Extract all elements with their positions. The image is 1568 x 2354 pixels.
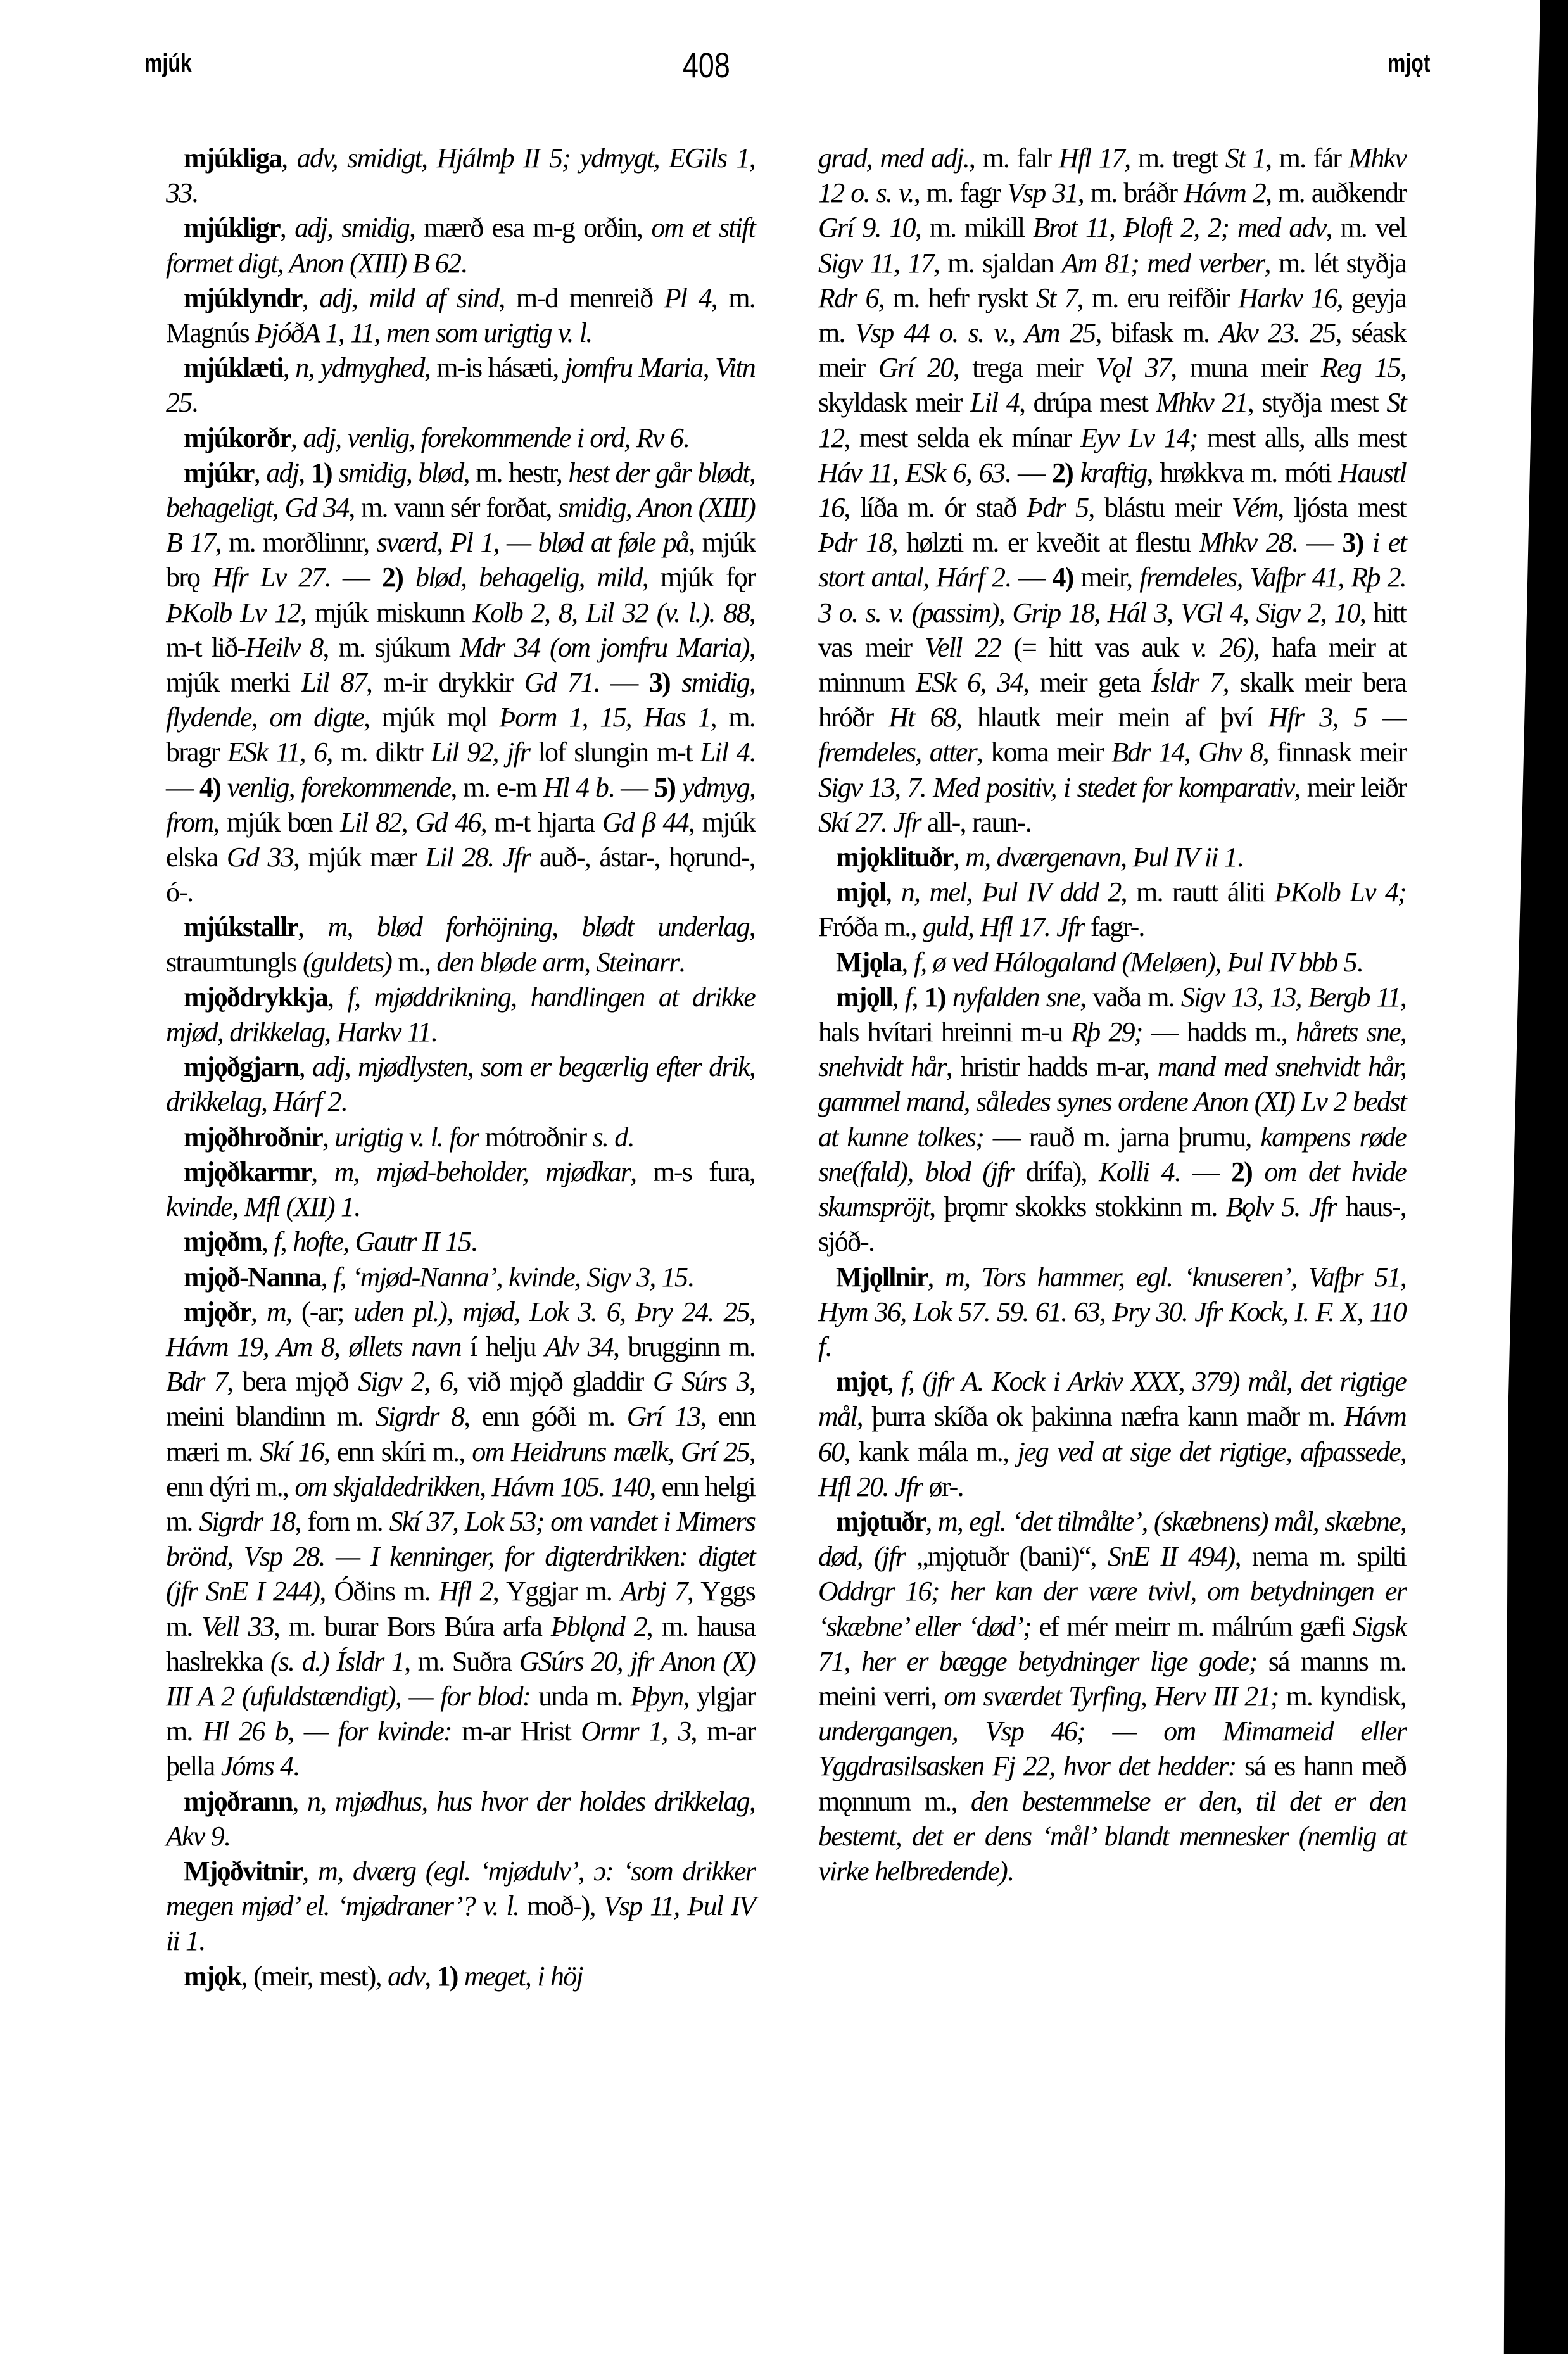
- gloss-text: nyfalden sne: [945, 982, 1080, 1013]
- gloss-text: Vǫl 37: [1096, 352, 1171, 383]
- gloss-text: St 7: [1036, 282, 1077, 313]
- gloss-text: om sværdet Tyrfing, Herv III 21;: [944, 1681, 1278, 1712]
- dictionary-entry: mjúkorðr, adj, venlig, forekommende i or…: [166, 421, 755, 455]
- citation-text: , finnask meir: [1263, 737, 1406, 768]
- gloss-text: n, mel, Þul IV ddd 2: [901, 876, 1121, 908]
- citation-text: .: [678, 947, 684, 978]
- gloss-text: m, mjød-beholder, mjødkar: [334, 1156, 630, 1187]
- citation-text: , kank mála m.,: [844, 1436, 1017, 1467]
- gloss-text: Gd 71: [524, 667, 593, 698]
- citation-text: m.,: [391, 947, 436, 978]
- gloss-text: St 1: [1225, 142, 1265, 174]
- citation-text: , m. tregt: [1124, 142, 1225, 174]
- dictionary-entry: mjǫðdrykkja, f, mjøddrikning, handlingen…: [166, 980, 755, 1049]
- citation-text: , vaða m.: [1080, 982, 1181, 1013]
- gloss-text: ESk 11, 6: [227, 737, 326, 768]
- citation-text: , meir geta: [1023, 667, 1151, 698]
- dictionary-entry: Mjǫla, f, ø ved Hálogaland (Meløen), Þul…: [818, 945, 1406, 980]
- column-right: grad, med adj., m. falr Hfl 17, m. tregt…: [818, 141, 1406, 1889]
- gloss-text: ÞKolb Lv 4;: [1275, 876, 1406, 908]
- headword: Mjǫla: [836, 947, 901, 978]
- dictionary-entry: mjúkr, adj, 1) smidig, blød, m. hestr, h…: [166, 455, 755, 910]
- citation-text: , mjúk bœn: [213, 807, 340, 838]
- citation-text: . —: [324, 562, 382, 593]
- citation-text: m-ar Hrist: [452, 1716, 581, 1747]
- citation-text: , nema m. spilti: [1235, 1541, 1406, 1572]
- headword: mjǫk: [184, 1961, 241, 1992]
- headword: Mjǫðvitnir: [184, 1856, 302, 1887]
- gloss-text: Harkv 16: [1238, 282, 1336, 313]
- citation-text: .: [1356, 947, 1362, 978]
- citation-text: ,: [251, 1296, 267, 1327]
- gloss-text: v. 26): [1191, 632, 1253, 663]
- citation-text: .: [198, 1925, 204, 1956]
- dictionary-entry: Mjǫðvitnir, m, dværg (egl. ‘mjødulv’, ɔ:…: [166, 1854, 755, 1959]
- page-number: 408: [683, 44, 730, 85]
- gloss-text: Hl 4 b: [543, 772, 608, 803]
- sense-number: 2): [382, 562, 403, 593]
- gloss-text: Ísldr 7: [1151, 667, 1222, 698]
- headword: mjǫl: [836, 876, 885, 908]
- headword: mjǫðgjarn: [184, 1051, 299, 1082]
- gloss-text: Skí 27. Jfr: [818, 807, 921, 838]
- gloss-text: guld, Hfl 17. Jfr: [923, 911, 1084, 942]
- gloss-text: Sigrdr 18: [199, 1506, 294, 1537]
- gloss-text: venlig, forekommende: [220, 772, 450, 803]
- citation-text: ,: [311, 1156, 334, 1187]
- citation-text: „mjǫtuðr (bani)“,: [905, 1541, 1108, 1572]
- citation-text: .: [224, 1821, 229, 1852]
- gloss-text: Rdr 6: [818, 282, 878, 313]
- dictionary-entry: mjǫt, f, (jfr A. Kock i Arkiv XXX, 379) …: [818, 1364, 1406, 1504]
- dictionary-entry: mjǫtuðr, m, egl. ‘det tilmålte’, (skæbne…: [818, 1504, 1406, 1889]
- dictionary-entry: mjǫðr, m, (-ar; uden pl.), mjød, Lok 3. …: [166, 1294, 755, 1784]
- gloss-text: Gd β 44: [602, 807, 688, 838]
- gloss-text: kvinde, Mfl (XII) 1: [166, 1191, 353, 1222]
- citation-text: , m. auðkendr: [1265, 177, 1406, 208]
- dictionary-entry: mjǫðgjarn, adj, mjødlysten, som er begær…: [166, 1049, 755, 1119]
- citation-text: , mjúk miskunn: [300, 597, 473, 628]
- citation-text: — rauð m. jarna þrumu,: [983, 1122, 1260, 1153]
- gloss-text: Lil 87: [301, 667, 366, 698]
- citation-text: .: [628, 1122, 633, 1153]
- headword: mjǫt: [836, 1366, 887, 1397]
- headword: mjǫðdrykkja: [184, 982, 327, 1013]
- citation-text: .: [460, 248, 466, 279]
- sense-number: 4): [199, 772, 220, 803]
- gloss-text: meget, i höj: [458, 1961, 583, 1992]
- gloss-text: Grí 9. 10: [818, 212, 915, 243]
- citation-text: í helju: [461, 1331, 545, 1362]
- citation-text: . —: [608, 772, 654, 803]
- dictionary-entry: mjúkligr, adj, smidig, mærð esa m-g orði…: [166, 210, 755, 280]
- sense-number: 3): [649, 667, 670, 698]
- gloss-text: SnE II 494): [1108, 1541, 1235, 1572]
- citation-text: , muna meir: [1170, 352, 1321, 383]
- gloss-text: Mhkv 21: [1156, 387, 1247, 418]
- citation-text: , mjúk mǫl: [364, 702, 499, 733]
- citation-text: , (meir, mest),: [241, 1961, 388, 1992]
- gloss-text: m, dværgenavn, Þul IV ii 1: [965, 842, 1237, 873]
- gloss-text: adj, mild af sind: [319, 282, 498, 313]
- gloss-text: Grí 13: [627, 1401, 700, 1432]
- gloss-text: Pl 4: [664, 282, 711, 313]
- citation-text: , forn m.: [295, 1506, 389, 1537]
- citation-text: , m. sjúkum: [322, 632, 460, 663]
- gloss-text: Vsp 44 o. s. v., Am 25: [855, 317, 1096, 348]
- gloss-text: Grí 20: [878, 352, 953, 383]
- gloss-text: Hfl 2: [439, 1576, 493, 1607]
- citation-text: , brugginn m.: [613, 1331, 755, 1362]
- citation-text: .: [353, 1191, 359, 1222]
- gloss-text: Alv 34: [545, 1331, 613, 1362]
- gloss-text: Ht 68: [888, 702, 956, 733]
- citation-text: ,: [321, 1262, 333, 1293]
- gloss-text: blød, behagelig, mild: [403, 562, 642, 593]
- citation-text: , styðja mest: [1248, 387, 1387, 418]
- headword: mjúkliga: [184, 142, 281, 174]
- gloss-text: G Súrs 3: [653, 1366, 749, 1397]
- gloss-text: f, ‘mjød-Nanna’, kvinde, Sigv 3, 15: [333, 1262, 687, 1293]
- citation-text: , m. bráðr: [1078, 177, 1184, 208]
- gloss-text: om Heidruns mælk, Grí 25: [472, 1436, 749, 1467]
- last-guide-word: mjǫt: [1387, 49, 1430, 78]
- citation-text: (= hitt vas auk: [1001, 632, 1192, 663]
- gloss-text: Rþ 29;: [1071, 1016, 1142, 1047]
- citation-text: ,: [291, 422, 303, 453]
- gloss-text: Ormr 1, 3: [581, 1716, 690, 1747]
- citation-text: , enn góði m.: [464, 1401, 627, 1432]
- citation-text: , hristir hadds m-ar,: [946, 1051, 1158, 1082]
- citation-text: ,: [892, 982, 905, 1013]
- citation-text: , bifask m.: [1095, 317, 1219, 348]
- citation-text: .: [825, 1331, 830, 1362]
- gloss-text: n, ydmyghed: [295, 352, 424, 383]
- citation-text: , m. mikill: [915, 212, 1033, 243]
- citation-text: drífa),: [1013, 1156, 1099, 1187]
- gloss-text: Hfl 17: [1059, 142, 1125, 174]
- headword: mjúkligr: [184, 212, 280, 243]
- citation-text: lof slungin m-t: [529, 737, 700, 768]
- citation-text: ,: [322, 1122, 334, 1153]
- citation-text: moð-),: [519, 1890, 604, 1921]
- gloss-text: Lil 82, Gd 46: [340, 807, 481, 838]
- citation-text: .: [1237, 842, 1242, 873]
- citation-text: , m. fagr: [914, 177, 1007, 208]
- citation-text: ,: [953, 842, 965, 873]
- gloss-text: Lil 4: [700, 737, 749, 768]
- gloss-text: (s. d.) Ísldr 1: [270, 1646, 404, 1677]
- dictionary-entry: mjúkstallr, m, blød forhöjning, blødt un…: [166, 909, 755, 979]
- gloss-text: Sigrdr 8: [376, 1401, 464, 1432]
- dictionary-entry: mjǫklituðr, m, dværgenavn, Þul IV ii 1.: [818, 840, 1406, 875]
- citation-text: , Yggjar m.: [493, 1576, 621, 1607]
- citation-text: , þrǫmr skokks stokkinn m.: [929, 1191, 1226, 1222]
- gloss-text: Brot 11, Þloft 2, 2; med adv: [1033, 212, 1326, 243]
- citation-text: , m. morðlinnr,: [215, 527, 377, 558]
- citation-text: .: [471, 1226, 476, 1257]
- gloss-text: Jóms 4: [221, 1750, 293, 1781]
- citation-text: , m. sjaldan: [933, 248, 1062, 279]
- first-guide-word: mjúk: [144, 49, 192, 78]
- citation-text: , m. e-m: [450, 772, 543, 803]
- gloss-text: om skjaldedrikken, Hávm 105. 140: [294, 1471, 649, 1502]
- citation-text: , mjúk mær: [293, 842, 426, 873]
- citation-text: , m-ir drykkir: [366, 667, 524, 698]
- gloss-text: urigtig v. l. for: [334, 1122, 478, 1153]
- citation-text: ,: [887, 1366, 902, 1397]
- sense-number: 2): [1052, 457, 1073, 488]
- gloss-text: f, hofte, Gautr II 15: [274, 1226, 471, 1257]
- citation-text: , m. fár: [1265, 142, 1348, 174]
- citation-text: , þurra skíða ok þakinna næfra kann maðr…: [857, 1401, 1344, 1432]
- gloss-text: Lil 92, jfr: [431, 737, 529, 768]
- gloss-text: Kolli 4: [1099, 1156, 1174, 1187]
- gloss-text: Sigv 13, 13, Bergb 11: [1181, 982, 1400, 1013]
- citation-text: m. kyndisk,: [1279, 1681, 1407, 1712]
- gloss-text: Arbj 7: [621, 1576, 687, 1607]
- headword: mjúklæti: [184, 352, 283, 383]
- headword: mjǫtuðr: [836, 1506, 925, 1537]
- citation-text: ,: [901, 947, 913, 978]
- headword: mjǫðhroðnir: [184, 1122, 322, 1153]
- dictionary-entry: Mjǫllnir, m, Tors hammer, egl. ‘knuseren…: [818, 1260, 1406, 1365]
- scan-edge-shadow: [1498, 0, 1568, 2354]
- gloss-text: Eyv Lv 14;: [1080, 422, 1197, 453]
- dictionary-entry: mjǫðkarmr, m, mjød-beholder, mjødkar, m-…: [166, 1155, 755, 1224]
- citation-text: , m-d menreið: [498, 282, 664, 313]
- citation-text: , m-t hjarta: [481, 807, 602, 838]
- gloss-text: Am 81; med verber: [1061, 248, 1264, 279]
- citation-text: , Óðins m.: [319, 1576, 438, 1607]
- gloss-text: Vell 33: [201, 1611, 274, 1642]
- citation-text: .: [191, 387, 197, 418]
- headword: mjúklyndr: [184, 282, 302, 313]
- sense-number: 4): [1052, 562, 1073, 593]
- gloss-text: Heilv 8: [245, 632, 322, 663]
- gloss-text: sværd, Pl 1, — blød at føle på: [377, 527, 689, 558]
- citation-text: ,: [298, 911, 327, 942]
- citation-text: , m. falr: [969, 142, 1059, 174]
- citation-text: ,: [280, 212, 294, 243]
- citation-text: , trega meir: [953, 352, 1096, 383]
- dictionary-entry: mjúklæti, n, ydmyghed, m-is hásæti, jomf…: [166, 350, 755, 420]
- citation-text: ,: [298, 457, 311, 488]
- gloss-text: Lil 4: [970, 387, 1019, 418]
- citation-text: , m. Suðra: [404, 1646, 519, 1677]
- citation-text: , blástu meir: [1088, 492, 1231, 523]
- gloss-text: kraftig: [1073, 457, 1146, 488]
- citation-text: , ljósta mest: [1277, 492, 1406, 523]
- headword: mjǫklituðr: [836, 842, 953, 873]
- gloss-text: den bløde arm, Steinarr: [436, 947, 678, 978]
- citation-text: ,: [927, 1262, 945, 1293]
- citation-text: , hlautk meir mein af því: [956, 702, 1268, 733]
- citation-text: . —: [1174, 1156, 1231, 1187]
- gloss-text: Þorm 1, 15, Has 1: [499, 702, 710, 733]
- dictionary-entry: mjǫðhroðnir, urigtig v. l. for mótroðnir…: [166, 1120, 755, 1155]
- citation-text: , bera mjǫð: [227, 1366, 358, 1397]
- gloss-text: Hávm 2: [1184, 177, 1265, 208]
- citation-text: .: [687, 1262, 693, 1293]
- citation-text: ,: [327, 982, 348, 1013]
- gloss-text: Vsp 31: [1007, 177, 1078, 208]
- citation-text: , hrøkkva m. móti: [1147, 457, 1339, 488]
- citation-text: , mest selda ek mínar: [844, 422, 1080, 453]
- gloss-text: m: [267, 1296, 286, 1327]
- headword: mjǫll: [836, 982, 892, 1013]
- sense-number: 1): [925, 982, 945, 1013]
- citation-text: ,: [299, 1051, 312, 1082]
- citation-text: , enn skíri m.,: [324, 1436, 472, 1467]
- citation-text: , drúpa mest: [1019, 387, 1156, 418]
- citation-text: , hølzti m. er kveðit at flestu: [891, 527, 1199, 558]
- citation-text: fagr-.: [1084, 911, 1144, 942]
- gloss-text: f: [905, 982, 911, 1013]
- citation-text: ,: [283, 352, 295, 383]
- citation-text: , m. hestr,: [463, 457, 568, 488]
- gloss-text: ÞjóðA 1, 11, men som urigtig v. l.: [255, 317, 591, 348]
- citation-text: mest alls, alls mest: [1198, 422, 1406, 453]
- headword: Mjǫllnir: [836, 1262, 927, 1293]
- citation-text: ,: [292, 1786, 307, 1817]
- gloss-text: Hl 26 b, — for kvinde:: [203, 1716, 452, 1747]
- citation-text: , m. rautt áliti: [1121, 876, 1275, 908]
- gloss-text: adj, smidig: [294, 212, 409, 243]
- dictionary-entry: mjǫðm, f, hofte, Gautr II 15.: [166, 1224, 755, 1259]
- dictionary-entry: mjǫl, n, mel, Þul IV ddd 2, m. rautt áli…: [818, 875, 1406, 944]
- citation-text: ,: [262, 1226, 274, 1257]
- citation-text: .: [431, 1016, 436, 1047]
- gloss-text: Mhkv 28: [1199, 527, 1291, 558]
- gloss-text: Þblǫnd 2: [551, 1611, 647, 1642]
- dictionary-entry: mjǫðrann, n, mjødhus, hus hvor der holde…: [166, 1784, 755, 1854]
- citation-text: , m. burar Bors Búra arfa: [274, 1611, 551, 1642]
- gloss-text: Vém: [1232, 492, 1278, 523]
- citation-text: , m. hefr ryskt: [878, 282, 1036, 313]
- gloss-text: smidig, blød: [332, 457, 464, 488]
- citation-text: , (-ar;: [286, 1296, 354, 1327]
- gloss-text: f, ø ved Hálogaland (Meløen), Þul IV bbb…: [914, 947, 1356, 978]
- citation-text: unda m.: [531, 1681, 631, 1712]
- citation-text: ,: [911, 982, 924, 1013]
- gloss-text: Háv 11, ESk 6, 63: [818, 457, 1004, 488]
- citation-text: ,: [254, 457, 267, 488]
- gloss-text: Reg 15: [1321, 352, 1400, 383]
- citation-text: ,: [885, 876, 901, 908]
- sense-number: 1): [311, 457, 332, 488]
- column-left: mjúkliga, adv, smidigt, Hjálmþ II 5; ydm…: [166, 141, 755, 1994]
- citation-text: , m. vann sér forðat,: [348, 492, 558, 523]
- gloss-text: m, blød forhöjning, blødt underlag: [327, 911, 749, 942]
- gloss-text: Þþyn: [630, 1681, 683, 1712]
- citation-text: , m. vel: [1326, 212, 1406, 243]
- citation-text: , mærð esa m-g orðin,: [409, 212, 651, 243]
- gloss-text: adj, venlig, forekommende i ord, Rv 6: [303, 422, 683, 453]
- citation-text: , m. eru reifðir: [1077, 282, 1239, 313]
- dictionary-entry: mjǫk, (meir, mest), adv, 1) meget, i höj: [166, 1959, 755, 1994]
- gloss-text: Gd 33: [227, 842, 293, 873]
- citation-text: , m. diktr: [326, 737, 431, 768]
- citation-text: , m-is hásæti,: [424, 352, 565, 383]
- citation-text: , koma meir: [977, 737, 1111, 768]
- citation-text: , m. lét styðja: [1264, 248, 1406, 279]
- gloss-text: Skí 16: [260, 1436, 324, 1467]
- headword: mjúkorðr: [184, 422, 291, 453]
- gloss-text: adj: [266, 457, 298, 488]
- gloss-text: Mdr 34 (om jomfru Maria): [460, 632, 749, 663]
- sense-number: 3): [1342, 527, 1363, 558]
- citation-text: .: [1007, 1856, 1013, 1887]
- citation-text: ,: [302, 1856, 318, 1887]
- citation-text: .: [341, 1086, 346, 1117]
- gloss-text: Hfr Lv 27: [212, 562, 324, 593]
- citation-text: .: [293, 1750, 298, 1781]
- gloss-text: Sigv 13, 7. Med positiv, i stedet for ko…: [818, 772, 1294, 803]
- citation-text: ør-.: [922, 1471, 963, 1502]
- headword: mjǫðrann: [184, 1786, 292, 1817]
- gloss-text: Lil 28. Jfr: [426, 842, 531, 873]
- citation-text: . —: [1004, 457, 1052, 488]
- citation-text: ef mér meirr m. málrúm gæfi: [1031, 1611, 1353, 1642]
- gloss-text: ESk 6, 34: [916, 667, 1023, 698]
- sense-number: 5): [654, 772, 675, 803]
- gloss-text: Þdr 18: [818, 527, 891, 558]
- headword: mjǫðkarmr: [184, 1156, 311, 1187]
- citation-text: all-, raun-.: [921, 807, 1031, 838]
- headword: mjǫðm: [184, 1226, 262, 1257]
- citation-text: .: [683, 422, 688, 453]
- gloss-text: Bdr 14, Ghv 8: [1111, 737, 1262, 768]
- dictionary-entry: mjúkliga, adv, smidigt, Hjálmþ II 5; ydm…: [166, 141, 755, 210]
- gloss-text: Bǫlv 5. Jfr: [1226, 1191, 1337, 1222]
- citation-text: ,: [424, 1961, 436, 1992]
- citation-text: ,: [302, 282, 320, 313]
- citation-text: , m-s fura,: [630, 1156, 755, 1187]
- sense-number: 2): [1231, 1156, 1252, 1187]
- citation-text: ,: [925, 1506, 937, 1537]
- gloss-text: (guldets): [303, 947, 391, 978]
- citation-text: ,: [281, 142, 296, 174]
- citation-text: Fróða m.,: [818, 911, 923, 942]
- citation-text: . —: [1004, 562, 1052, 593]
- gloss-text: Sigv 11, 17: [818, 248, 933, 279]
- citation-text: . —: [1291, 527, 1342, 558]
- running-head: mjúk 408 mjǫt: [144, 44, 1449, 95]
- gloss-text: Bdr 7: [166, 1366, 227, 1397]
- citation-text: — hadds m.,: [1142, 1016, 1296, 1047]
- gloss-text: adv: [388, 1961, 424, 1992]
- gloss-text: ÞKolb Lv 12: [166, 597, 300, 628]
- headword: mjǫðr: [184, 1296, 251, 1327]
- dictionary-entry: mjúklyndr, adj, mild af sind, m-d menrei…: [166, 281, 755, 350]
- citation-text: , líða m. ór stað: [844, 492, 1027, 523]
- gloss-text: Vell 22: [925, 632, 1001, 663]
- gloss-text: Sigv 2, 6: [358, 1366, 452, 1397]
- sense-number: 1): [437, 1961, 458, 1992]
- gloss-text: s. d: [593, 1122, 628, 1153]
- headword: mjǫð-Nanna: [184, 1262, 321, 1293]
- citation-text: . —: [593, 667, 649, 698]
- citation-text: mótroðnir: [478, 1122, 592, 1153]
- gloss-text: Kolb 2, 8, Lil 32 (v. l.). 88: [473, 597, 749, 628]
- citation-text: , meir leiðr: [1294, 772, 1406, 803]
- dictionary-entry: mjǫll, f, 1) nyfalden sne, vaða m. Sigv …: [818, 980, 1406, 1260]
- citation-text: .: [191, 177, 197, 208]
- headword: mjúkr: [184, 457, 254, 488]
- gloss-text: Þdr 5: [1027, 492, 1088, 523]
- citation-text: , mjúk fǫr: [642, 562, 755, 593]
